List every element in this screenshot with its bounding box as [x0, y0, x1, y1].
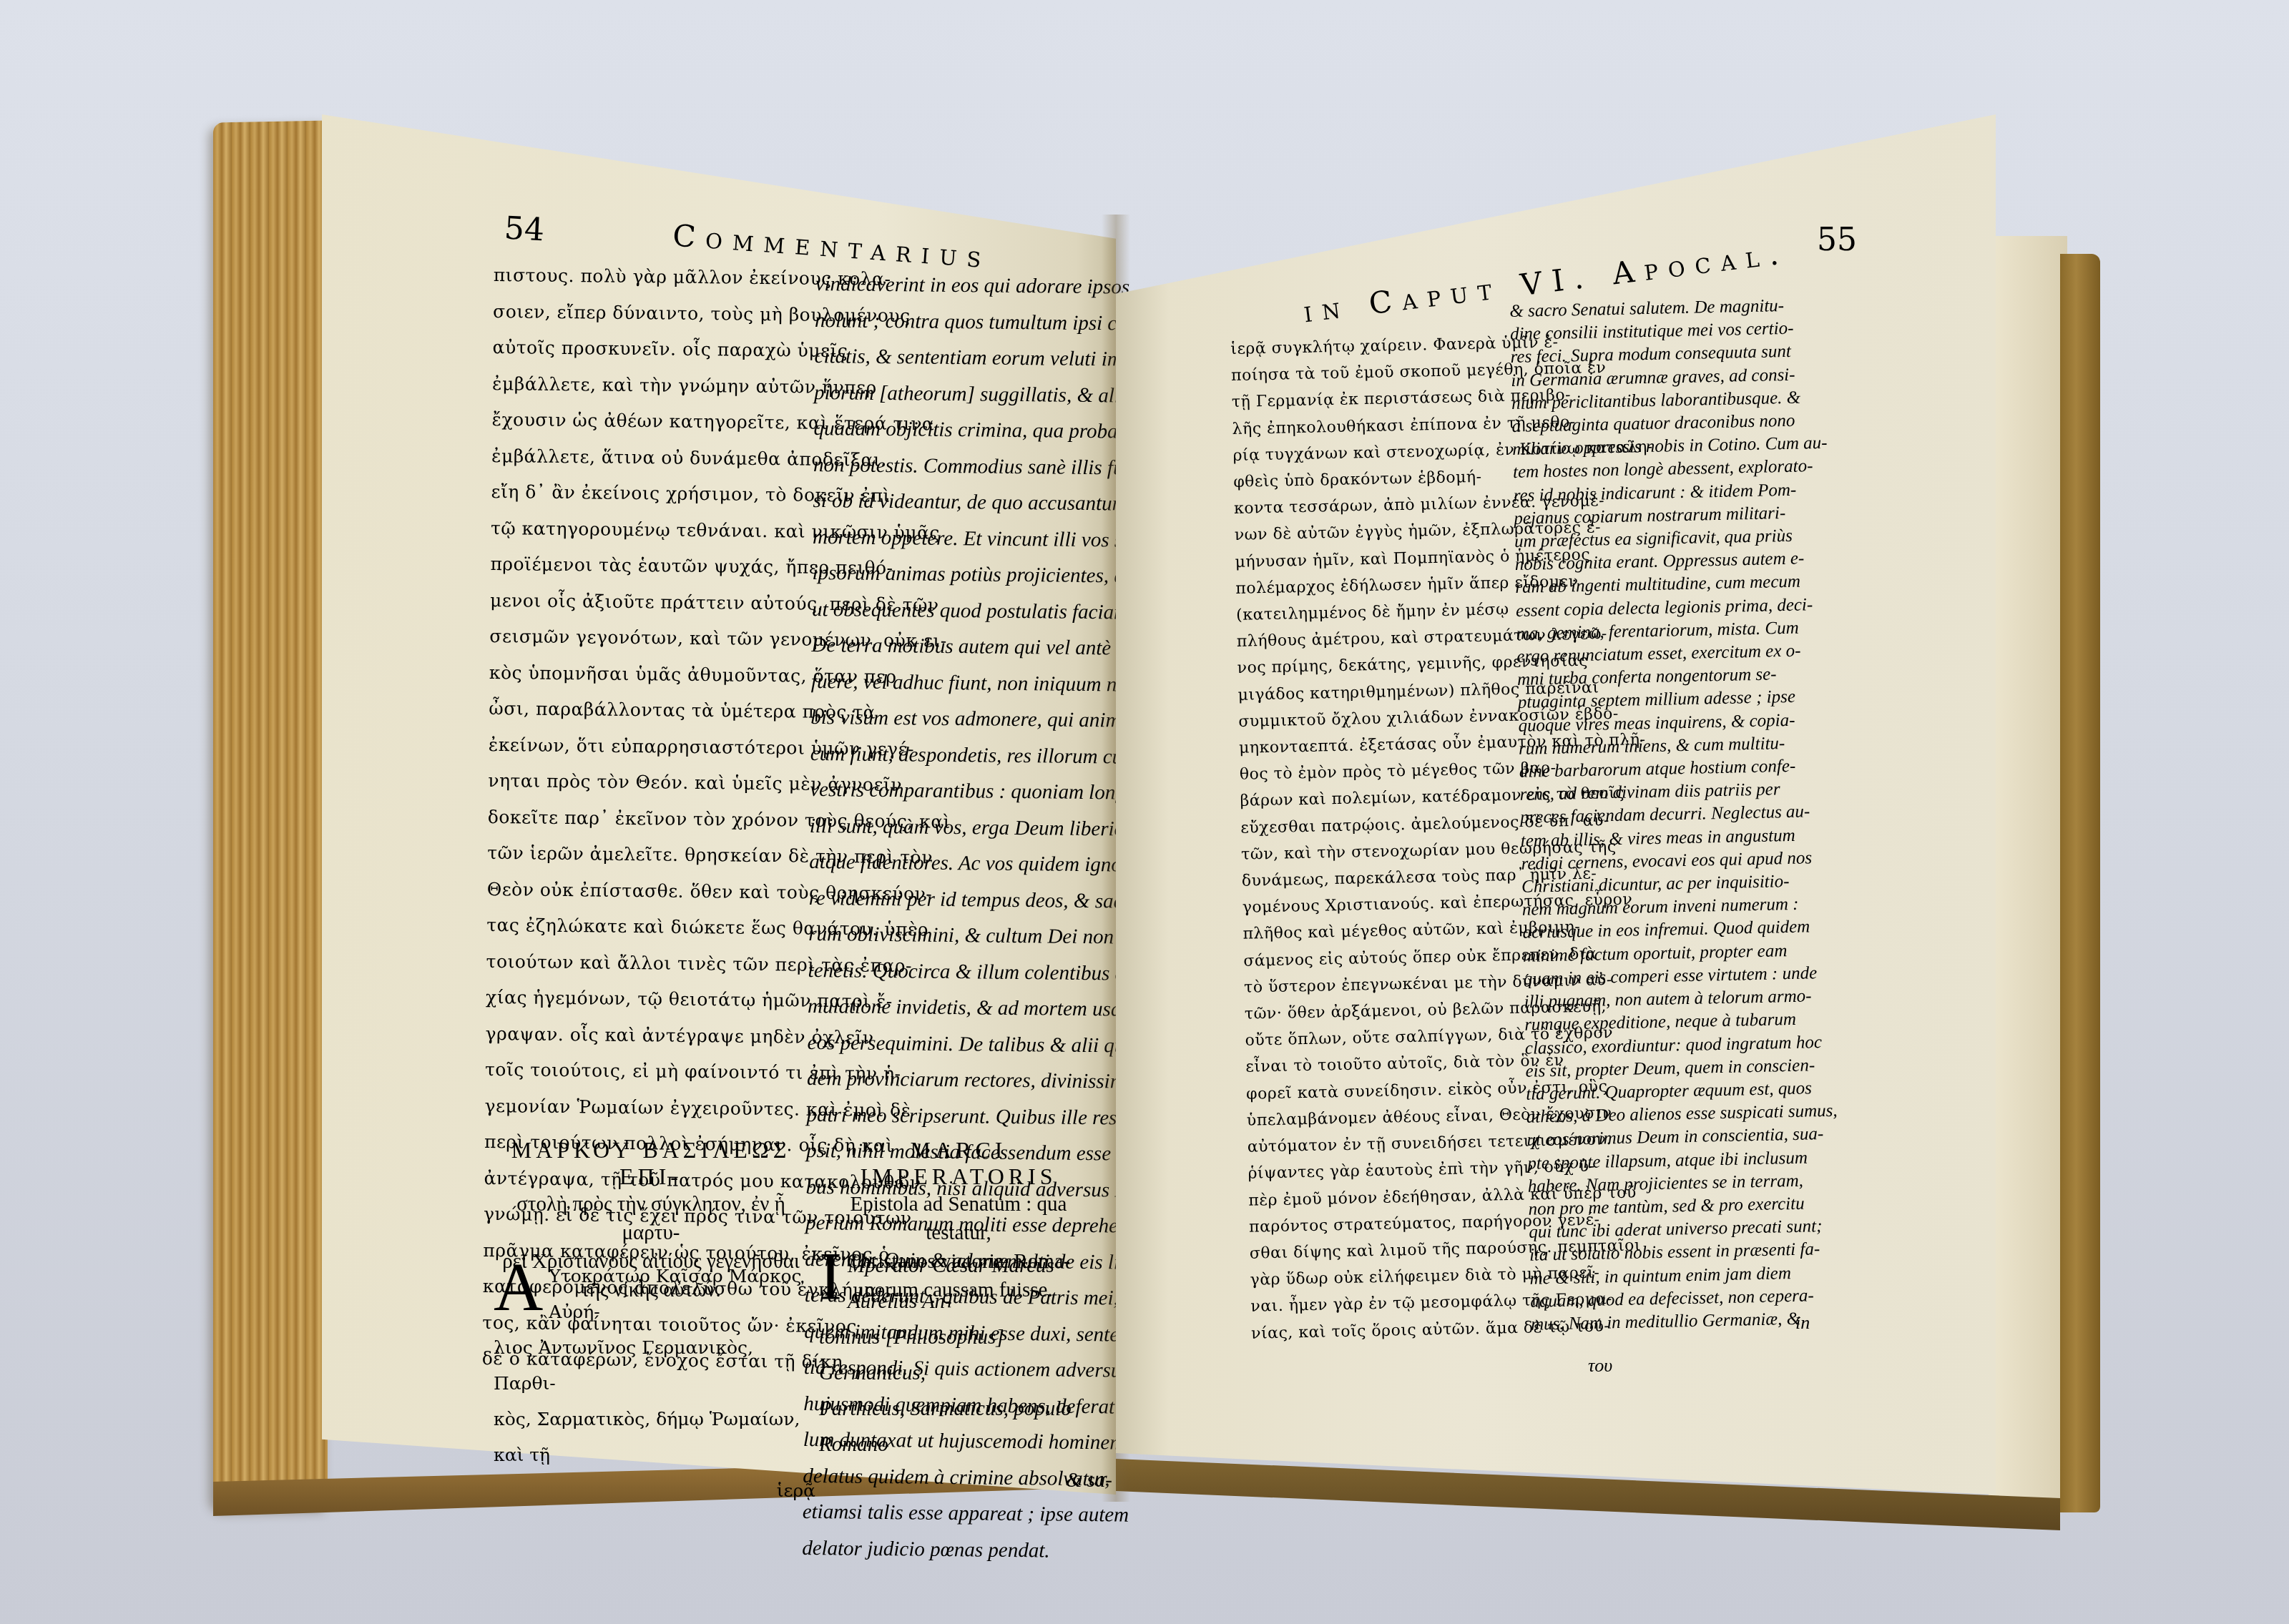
- text-line: γραψαν. οἷς καὶ ἀντέγραψε μηδὲν ὀχλεῖν: [485, 1015, 800, 1055]
- text-line: πιστους. πολὺ γὰρ μᾶλλον ἐκείνους κολα-: [493, 257, 808, 297]
- text-line: μενοι οἷς ἀξιοῦτε πράττειν αὐτούς. περὶ …: [490, 582, 805, 621]
- text-line: patri meo scripserunt. Quibus ille rescr…: [806, 1096, 1107, 1136]
- text-line: τας ἐζηλώκατε καὶ διώκετε ἕως θανάτου. ὑ…: [486, 907, 802, 947]
- text-line: δοκεῖτε παρ᾽ ἐκεῖνον τὸν χρόνον τοὺς θεο…: [488, 799, 803, 838]
- latin-dropcap: I: [819, 1248, 842, 1305]
- text-line: γεμονίαν Ῥωμαίων ἐγχειροῦντες. καὶ ἐμοὶ …: [484, 1088, 800, 1127]
- text-line: bis visum est vos admonere, qui animum,: [810, 699, 1112, 739]
- text-line: τῶν ἱερῶν ἀμελεῖτε. θρησκείαν δὲ τὴν περ…: [487, 835, 803, 875]
- text-line: αὐτοῖς προσκυνεῖν. οἷς παραχὼ ὑμεῖς: [492, 330, 808, 369]
- text-line: fuere, vel adhuc fiunt, non iniquum no-: [811, 663, 1112, 702]
- text-line: εἴη δ᾽ ἂν ἐκείνοις χρήσιμον, τὸ δοκεῖν ἐ…: [491, 474, 806, 513]
- text-line: κὸς ὑπομνῆσαι ὑμᾶς ἀθυμοῦντας, ὅταν περ: [489, 654, 805, 694]
- text-line: delator judicio pœnas pendat.: [802, 1530, 1103, 1569]
- greek-body-line: λιος Ἀντωνῖνος Γερμανικὸς, Παρθι-: [494, 1330, 815, 1402]
- text-line: ἐκείνων, ὅτι εὐπαρρησιαστότεροι ὑμῶν γεγ…: [489, 727, 804, 766]
- right-greek-catchword: του: [1588, 1355, 1612, 1377]
- text-line: De terra motibus autem qui vel antè: [811, 627, 1112, 666]
- latin-heading-title: MARCI IMPERATORIS: [815, 1137, 1102, 1190]
- text-line: piorum [atheorum] suggillatis, & alia: [814, 374, 1115, 413]
- text-line: re videmini per id tempus deos, & sacro-: [808, 880, 1109, 919]
- text-line: vindicaverint in eos qui adorare ipsos: [815, 266, 1116, 305]
- greek-heading-title: ΜΑΡΚΟΥ ΒΑΣΙΛΕΩΣ ΕΠΙ-: [486, 1137, 815, 1190]
- latin-letter-body: I Mperator Cæsar Marcus Aurelius An- ton…: [819, 1248, 1112, 1498]
- text-line: quadam objicitis crimina, qua probare: [813, 410, 1114, 450]
- left-page-block-edge: [213, 121, 328, 1510]
- text-line: nolunt ; contra quos tumultum ipsi con-: [815, 302, 1116, 341]
- right-latin-catchword: in: [1795, 1312, 1810, 1334]
- latin-body-line: Parthicus, Sarmaticus, populo Romano: [819, 1391, 1112, 1462]
- text-line: Θεὸν οὐκ ἐπίστασθε. ὅθεν καὶ τοὺς θρησκε…: [486, 871, 802, 910]
- text-line: illi sunt, quàm vos, erga Deum liberiore…: [810, 807, 1111, 847]
- right-cover-board: [2060, 254, 2100, 1512]
- text-line: vestris comparantibus : quoniam longè: [810, 772, 1111, 811]
- greek-heading-line: στολὴ πρὸς τὴν σύγκλητον, ἐν ᾗ μαρτυ-: [486, 1190, 815, 1247]
- text-line: ἐμβάλλετε, ἅτινα οὐ δυνάμεθα ἀποδεῖξαι.: [491, 438, 807, 477]
- text-line: νηται πρὸς τὸν Θεόν. καὶ ὑμεῖς μὲν ἀγνοε…: [488, 763, 803, 802]
- text-line: ipsorum animas potiùs projicientes, quàm: [812, 555, 1113, 594]
- book-photo: 54 Commentarius πιστους. πολὺ γὰρ μᾶλλον…: [0, 0, 2289, 1624]
- right-latin-column: & sacro Senatui salutem. De magnitu-dine…: [1509, 292, 1917, 1337]
- right-page-block-edge: [1989, 236, 2067, 1509]
- text-line: σοιεν, εἴπερ δύναιντο, τοὺς μὴ βουλομένο…: [493, 293, 808, 333]
- greek-letter-body: Α Υτοκράτωρ Καῖσαρ Μάρκος Αὐρή- λιος Ἀντ…: [494, 1259, 815, 1509]
- text-line: si ob id videantur, de quo accusantur,: [813, 483, 1114, 522]
- text-line: citatis, & sententiam eorum veluti im-: [814, 338, 1115, 378]
- text-line: ἐμβάλλετε, καὶ τὴν γνώμην αὐτῶν ἥνπερ: [492, 365, 808, 405]
- text-line: etiamsi talis esse appareat ; ipse autem: [802, 1494, 1103, 1533]
- text-line: τῷ κατηγορουμένῳ τεθνάναι. καὶ νικῶσιν ὑ…: [491, 510, 806, 549]
- greek-body-line: κὸς, Σαρματικὸς, δήμῳ Ῥωμαίων, καὶ τῇ: [494, 1402, 815, 1473]
- latin-body-line: Mperator Cæsar Marcus Aurelius An-: [819, 1248, 1112, 1319]
- latin-catchword: & sa-: [819, 1462, 1112, 1498]
- right-page-number: 55: [1817, 222, 1857, 258]
- text-line: τοιούτων καὶ ἄλλοι τινὲς τῶν περὶ τὰς ἐπ…: [486, 943, 801, 983]
- text-line: eos persequimini. De talibus & alii qui-: [807, 1024, 1108, 1063]
- text-line: rum obliviscimini, & cultum Dei non: [808, 916, 1109, 955]
- text-line: non potestis. Commodius sanè illis fueri…: [813, 446, 1114, 486]
- text-line: mortem oppetere. Et vincunt illi vos sua: [813, 518, 1114, 558]
- latin-body-line: toninus [Philosophus] Germanicus,: [819, 1319, 1112, 1391]
- text-line: ἔχουσιν ὡς ἀθέων κατηγορεῖτε, καὶ ἕτερά …: [491, 402, 807, 441]
- latin-heading-line: Epistola ad Senatum : qua testatur,: [815, 1190, 1102, 1247]
- text-line: cum fiunt, despondetis, res illorum cum: [810, 735, 1112, 774]
- text-line: σεισμῶν γεγονότων, καὶ τῶν γενομένων, οὐ…: [489, 619, 805, 658]
- text-line: ut obsequentes quod postulatis faciant.: [812, 591, 1113, 630]
- text-line: ὦσι, παραβάλλοντας τὰ ὑμέτερα πρὸς τὰ: [489, 691, 804, 730]
- text-line: tenetis. Quocirca & illum colentibus a-: [808, 952, 1109, 991]
- text-line: προϊέμενοι τὰς ἑαυτῶν ψυχάς, ἤπερ πειθό-: [490, 546, 805, 586]
- greek-dropcap: Α: [494, 1259, 543, 1316]
- text-line: τοῖς τοιούτοις, εἰ μὴ φαίνοιντό τι ἐπὶ τ…: [485, 1052, 800, 1091]
- text-line: mulatione invidetis, & ad mortem usque: [808, 988, 1109, 1028]
- greek-catchword: ἱερᾷ: [494, 1473, 815, 1509]
- left-page-number: 54: [504, 210, 546, 249]
- text-line: χίας ἡγεμόνων, τῷ θειοτάτῳ ἡμῶν πατρὶ ἔ-: [486, 980, 801, 1019]
- text-line: atque fidentiores. Ac vos quidem ignora-: [809, 844, 1110, 883]
- text-line: dem provinciarum rectores, divinissimo: [807, 1060, 1108, 1100]
